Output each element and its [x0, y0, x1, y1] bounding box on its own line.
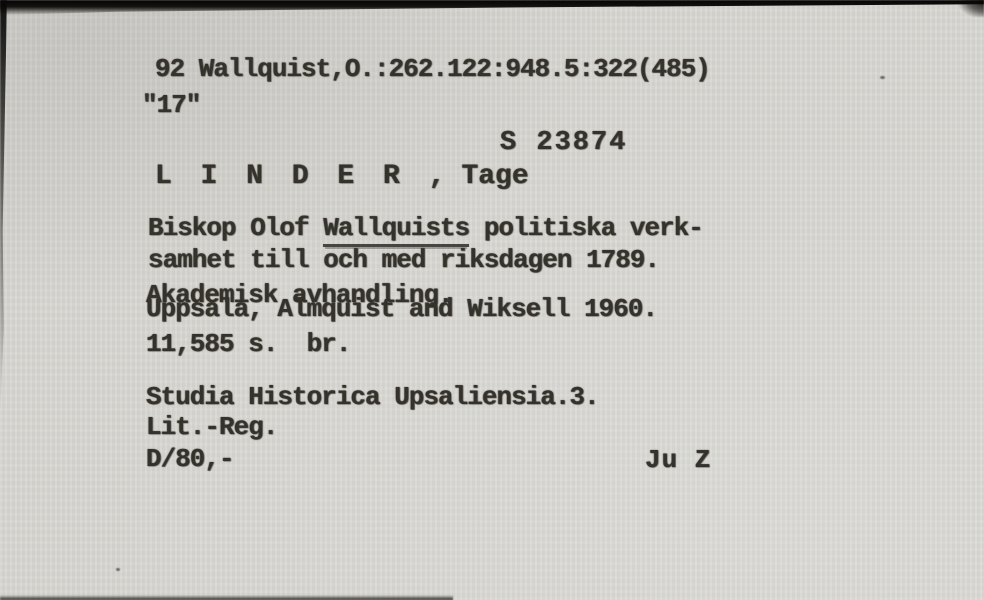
title-underlined-word: Wallquists [323, 213, 469, 247]
title-text-post: politiska verk- [469, 213, 703, 243]
series-statement: Studia Historica Upsaliensia.3. [146, 384, 599, 410]
price-note: D/80,- [146, 446, 234, 472]
shelf-quote: "17" [142, 92, 200, 118]
scan-edge-left [0, 0, 7, 420]
cataloguer-initials: Ju Z [645, 447, 711, 473]
scan-edge-top [0, 0, 984, 15]
author-line: L I N D E R ,Tage [155, 163, 529, 191]
scan-edge-top-right-corner [954, 0, 984, 17]
author-surname: L I N D E R , [155, 161, 451, 192]
classification-number: 92 Wallquist,O.:262.122:948.5:322(485) [155, 56, 710, 82]
paper-speck [880, 76, 885, 79]
accession-number: S 23874 [500, 130, 627, 157]
paper-speck [116, 568, 120, 571]
collation-line: 11,585 s. br. [146, 331, 350, 357]
publication-line: Uppsala, Almquist and Wiksell 1960. [146, 296, 657, 322]
title-line-2: samhet till och med riksdagen 1789. [148, 247, 659, 273]
catalog-card: 92 Wallquist,O.:262.122:948.5:322(485) "… [0, 0, 984, 600]
scan-edge-bottom [0, 595, 453, 600]
register-note: Lit.-Reg. [146, 414, 277, 440]
author-forename: Tage [461, 161, 528, 192]
title-text-pre: Biskop Olof [148, 213, 323, 243]
title-line-1: Biskop Olof Wallquists politiska verk- [148, 215, 703, 241]
